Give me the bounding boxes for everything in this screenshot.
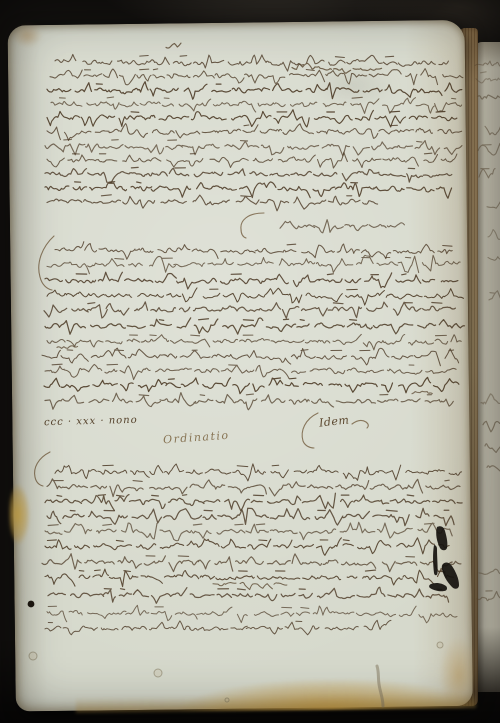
stain-bottom-right-corner (433, 626, 476, 709)
manuscript-photo: Ordinatio Idem ccc · xxx · nono (0, 0, 500, 723)
stain-damp-top (298, 57, 409, 114)
stain-bottom-band (165, 670, 477, 712)
manuscript-page (8, 20, 473, 712)
stain-top-left (14, 25, 48, 51)
